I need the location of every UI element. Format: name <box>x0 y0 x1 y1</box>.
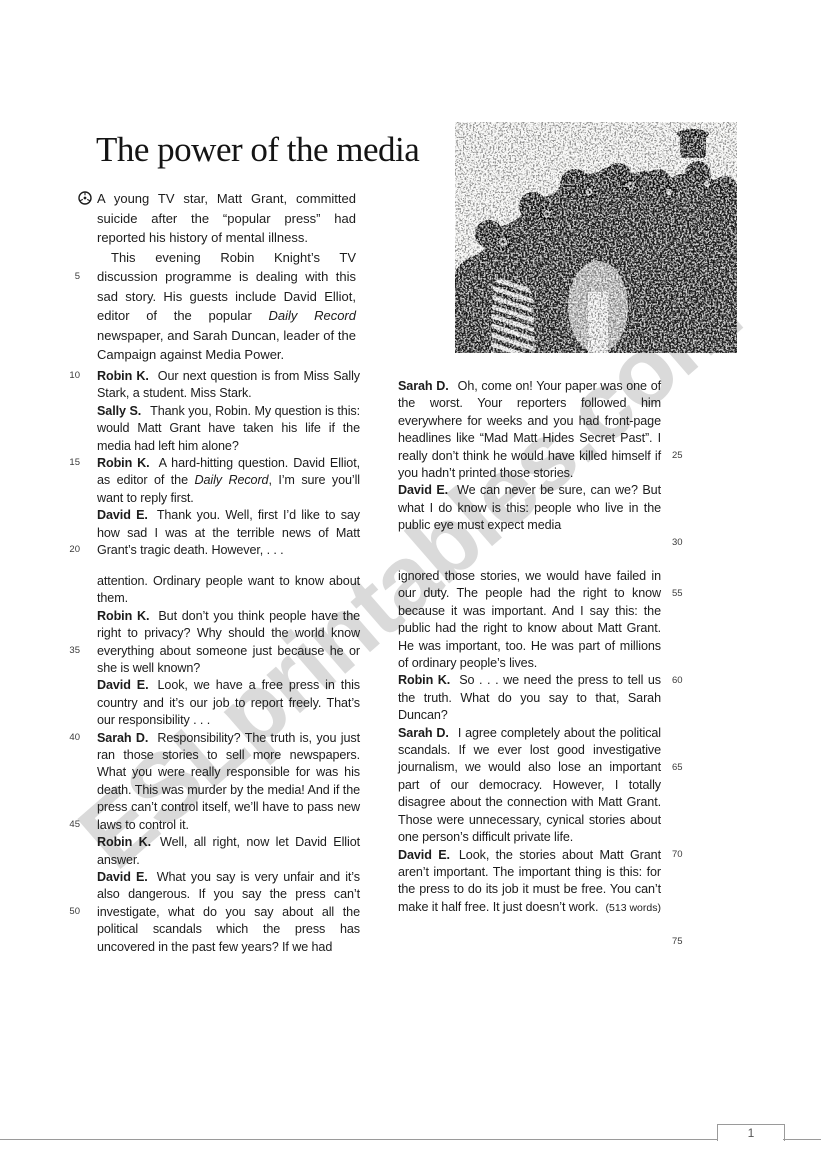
intro-paragraph-2: This evening Robin Knight’s TV discussio… <box>97 248 356 365</box>
speech: Sally S.Thank you, Robin. My question is… <box>97 403 360 455</box>
speech: Robin K.So . . . we need the press to te… <box>398 672 661 724</box>
speaker-label: David E. <box>97 870 148 884</box>
bottom-rule-left <box>0 1139 718 1140</box>
speech-text: Oh, come on! Your paper was one of the w… <box>398 379 661 480</box>
page-title: The power of the media <box>96 130 419 170</box>
speech: David E.Thank you. Well, first I’d like … <box>97 507 360 559</box>
speech-text: Responsibility? The truth is, you just r… <box>97 731 360 832</box>
newspaper-name: Daily Record <box>194 473 268 487</box>
speaker-label: Robin K. <box>97 369 149 383</box>
audio-disc-icon <box>78 191 92 205</box>
speech-text: attention. Ordinary people want to know … <box>97 574 360 605</box>
dialogue-block-right-1: Sarah D.Oh, come on! Your paper was one … <box>398 378 661 535</box>
line-number: 35 <box>58 645 80 656</box>
dialogue-block-left-1: Robin K.Our next question is from Miss S… <box>97 368 360 559</box>
speaker-label: David E. <box>97 508 148 522</box>
speech-continuation: attention. Ordinary people want to know … <box>97 573 360 608</box>
dialogue-block-right-2: ignored those stories, we would have fai… <box>398 568 661 918</box>
speech: Sarah D.Responsibility? The truth is, yo… <box>97 730 360 834</box>
page-number-tab: 1 <box>717 1124 785 1141</box>
speech-continuation: ignored those stories, we would have fai… <box>398 568 661 672</box>
intro-text-1: A young TV star, Matt Grant, committed s… <box>97 191 356 245</box>
intro-paragraph-1: A young TV star, Matt Grant, committed s… <box>97 189 356 248</box>
line-number: 10 <box>58 370 80 381</box>
speaker-label: David E. <box>398 848 450 862</box>
speech: Robin K.But don’t you think people have … <box>97 608 360 678</box>
line-number: 60 <box>672 675 694 686</box>
page-number: 1 <box>748 1126 755 1140</box>
speech: David E.What you say is very unfair and … <box>97 869 360 956</box>
line-number: 40 <box>58 732 80 743</box>
speech: Sarah D.I agree completely about the pol… <box>398 725 661 847</box>
line-number: 15 <box>58 457 80 468</box>
line-number: 25 <box>672 450 694 461</box>
speaker-label: Sarah D. <box>398 379 449 393</box>
speech: Robin K.Our next question is from Miss S… <box>97 368 360 403</box>
speaker-label: Robin K. <box>97 456 150 470</box>
speech: David E.Look, we have a free press in th… <box>97 677 360 729</box>
speech: Sarah D.Oh, come on! Your paper was one … <box>398 378 661 482</box>
intro-block: A young TV star, Matt Grant, committed s… <box>97 189 356 365</box>
speaker-label: Sarah D. <box>398 726 449 740</box>
speaker-label: David E. <box>97 678 149 692</box>
speech-text: ignored those stories, we would have fai… <box>398 569 661 670</box>
speech: David E.We can never be sure, can we? Bu… <box>398 482 661 534</box>
speech-text: I agree completely about the political s… <box>398 726 661 844</box>
line-number: 30 <box>672 537 694 548</box>
bottom-rule-right <box>783 1139 821 1140</box>
speaker-label: Robin K. <box>398 673 450 687</box>
intro-text-2b: newspaper, and Sarah Duncan, leader of t… <box>97 328 356 363</box>
line-number: 75 <box>672 936 694 947</box>
speaker-label: Sarah D. <box>97 731 148 745</box>
line-number: 5 <box>58 271 80 282</box>
speech: Robin K.A hard-hitting question. David E… <box>97 455 360 507</box>
line-number: 70 <box>672 849 694 860</box>
speaker-label: Robin K. <box>97 609 149 623</box>
newspaper-name: Daily Record <box>269 308 356 323</box>
line-number: 55 <box>672 588 694 599</box>
line-number: 45 <box>58 819 80 830</box>
speech: Robin K.Well, all right, now let David E… <box>97 834 360 869</box>
press-photographers-photo <box>455 122 737 353</box>
line-number: 20 <box>58 544 80 555</box>
speaker-label: Robin K. <box>97 835 151 849</box>
speaker-label: David E. <box>398 483 448 497</box>
dialogue-block-left-2: attention. Ordinary people want to know … <box>97 573 360 956</box>
line-number: 65 <box>672 762 694 773</box>
worksheet-page: ESLprintables.com The power of the media <box>0 0 821 1169</box>
line-number: 50 <box>58 906 80 917</box>
speaker-label: Sally S. <box>97 404 141 418</box>
